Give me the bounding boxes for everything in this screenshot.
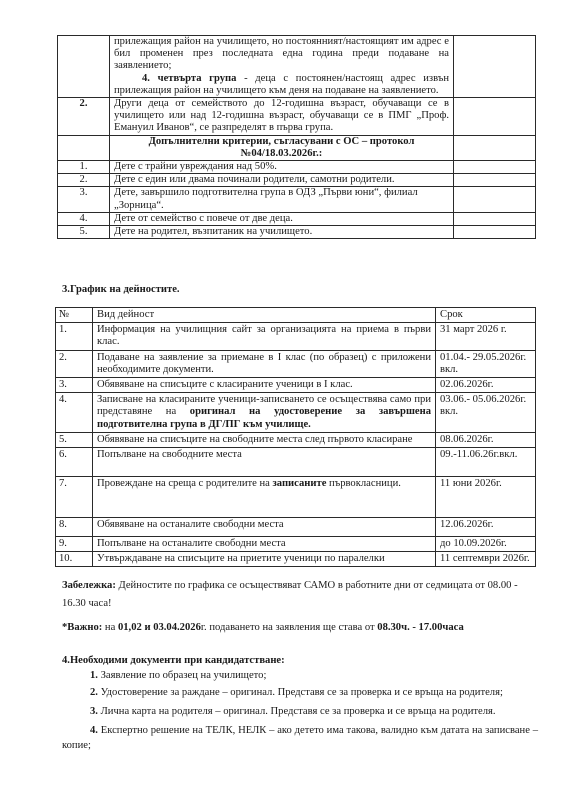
row-activity: Подаване на заявление за приемане в I кл… (93, 350, 436, 377)
row-deadline: 02.06.2026г. (436, 378, 536, 393)
row-deadline: 12.06.2026г. (436, 518, 536, 537)
note-text: Дейностите по графика се осъществяват СА… (62, 580, 518, 609)
activity-bold-text: записаните (273, 478, 327, 489)
row-activity: Информация на училищния сайт за организа… (93, 323, 436, 350)
table-cell (454, 135, 536, 160)
row-number: 2. (58, 174, 110, 187)
table-row: 1. Информация на училищния сайт за орган… (56, 323, 536, 350)
table-cell (58, 135, 110, 160)
row-number: 4. (58, 212, 110, 225)
important-label: *Важно: (62, 622, 102, 633)
table-row: 4. Записване на класираните ученици-запи… (56, 393, 536, 433)
table-cell (454, 98, 536, 136)
table-row: 2. Дете с един или двама починали родите… (58, 174, 536, 187)
row-number: 3. (56, 378, 93, 393)
group4-label: 4. четвърта група (142, 73, 236, 84)
header-number: № (56, 308, 93, 323)
row-deadline: 11 септември 2026г. (436, 552, 536, 567)
schedule-note: Забележка: Дейностите по графика се осъщ… (62, 577, 538, 613)
row-number: 7. (56, 477, 93, 518)
important-time: 08.30ч. - 17.00 (377, 622, 442, 633)
group4-paragraph: 4. четвърта група - деца с постоянен/нас… (114, 73, 449, 97)
row-text: Дете от семейство с повече от две деца. (110, 212, 454, 225)
list-item-text: Заявление по образец на училището; (98, 670, 266, 681)
activity-text: Провеждане на среща с родителите на (97, 478, 273, 489)
table-row: 2. Други деца от семейството до 12-годиш… (58, 98, 536, 136)
important-dates: 01,02 и 03.04.2026 (118, 622, 201, 633)
row-deadline: 03.06.- 05.06.2026г. вкл. (436, 393, 536, 433)
row-activity: Обявяване на останалите свободни места (93, 518, 436, 537)
important-note: *Важно: на 01,02 и 03.04.2026г. подаване… (62, 622, 538, 634)
row-text: Други деца от семейството до 12-годишна … (110, 98, 454, 136)
group3-continuation: прилежащия район на училището, но постоя… (114, 36, 449, 73)
table-row: 3. Дете, завършило подготвителна група в… (58, 187, 536, 212)
row-number: 1. (56, 323, 93, 350)
table-header-row: № Вид дейност Срок (56, 308, 536, 323)
row-activity: Утвърждаване на списъците на приетите уч… (93, 552, 436, 567)
table-row: 4. Дете от семейство с повече от две дец… (58, 212, 536, 225)
list-item-number: 1. (90, 670, 98, 681)
table-cell (454, 226, 536, 239)
table-row: 5. Дете на родител, възпитаник на училищ… (58, 226, 536, 239)
table-row: 2. Подаване на заявление за приемане в I… (56, 350, 536, 377)
section-title-schedule: 3.График на дейностите. (62, 284, 180, 296)
extra-criteria-header: Допълнителни критерии, съгласувани с ОС … (110, 135, 454, 160)
table-row: 5. Обявяване на списъците на свободните … (56, 432, 536, 447)
important-text: на (102, 622, 118, 633)
list-item: 2. Удостоверение за раждане – оригинал. … (62, 685, 538, 700)
important-time-unit: часа (442, 622, 463, 633)
activity-text: първокласници. (326, 478, 400, 489)
table-cell (454, 36, 536, 98)
table-cell (454, 174, 536, 187)
table-row: прилежащия район на училището, но постоя… (58, 36, 536, 98)
table-row: 1. Дете с трайни увреждания над 50%. (58, 161, 536, 174)
table-cell: прилежащия район на училището, но постоя… (110, 36, 454, 98)
row-number: 2. (58, 98, 110, 136)
section-title-documents: 4.Необходими документи при кандидатстван… (62, 655, 285, 667)
row-deadline: 31 март 2026 г. (436, 323, 536, 350)
list-item-number: 2. (90, 687, 98, 698)
row-number: 3. (58, 187, 110, 212)
document-page: прилежащия район на училището, но постоя… (0, 0, 566, 800)
row-activity: Попълване на останалите свободни места (93, 537, 436, 552)
criteria-table: прилежащия район на училището, но постоя… (57, 35, 536, 239)
row-number: 8. (56, 518, 93, 537)
row-activity: Обявяване на списъците на свободните мес… (93, 432, 436, 447)
row-number: 4. (56, 393, 93, 433)
schedule-table: № Вид дейност Срок 1. Информация на учил… (55, 307, 536, 567)
list-item-text: Удостоверение за раждане – оригинал. Пре… (98, 687, 503, 698)
list-item: 4. Експертно решение на ТЕЛК, НЕЛК – ако… (62, 723, 538, 753)
table-cell (58, 36, 110, 98)
table-row: 10. Утвърждаване на списъците на приетит… (56, 552, 536, 567)
row-deadline: 01.04.- 29.05.2026г. вкл. (436, 350, 536, 377)
row-activity: Обявяване на списъците с класираните уче… (93, 378, 436, 393)
row-text: Дете на родител, възпитаник на училището… (110, 226, 454, 239)
row-number: 5. (58, 226, 110, 239)
row-deadline: 09.-11.06.26г.вкл. (436, 448, 536, 477)
list-item-number: 3. (90, 706, 98, 717)
table-row: 9. Попълване на останалите свободни мест… (56, 537, 536, 552)
row-number: 6. (56, 448, 93, 477)
row-activity: Записване на класираните ученици-записва… (93, 393, 436, 433)
table-row: 6. Попълване на свободните места 09.-11.… (56, 448, 536, 477)
row-text: Дете с един или двама починали родители,… (110, 174, 454, 187)
list-item-number: 4. (90, 725, 98, 736)
table-cell (454, 187, 536, 212)
row-deadline: до 10.09.2026г. (436, 537, 536, 552)
list-item: 3. Лична карта на родителя – оригинал. П… (62, 704, 538, 719)
list-item-text: Лична карта на родителя – оригинал. Пред… (98, 706, 496, 717)
documents-list: 1. Заявление по образец на училището; 2.… (62, 668, 538, 753)
row-text: Дете, завършило подготвителна група в ОД… (110, 187, 454, 212)
important-text: г. подаването на заявления ще става от (201, 622, 377, 633)
row-number: 5. (56, 432, 93, 447)
row-number: 10. (56, 552, 93, 567)
header-deadline: Срок (436, 308, 536, 323)
row-number: 1. (58, 161, 110, 174)
row-number: 9. (56, 537, 93, 552)
header-activity: Вид дейност (93, 308, 436, 323)
note-label: Забележка: (62, 580, 116, 591)
table-row: 3. Обявяване на списъците с класираните … (56, 378, 536, 393)
row-activity: Попълване на свободните места (93, 448, 436, 477)
table-row: Допълнителни критерии, съгласувани с ОС … (58, 135, 536, 160)
row-deadline: 11 юни 2026г. (436, 477, 536, 518)
table-row: 7. Провеждане на среща с родителите на з… (56, 477, 536, 518)
list-item-text: Експертно решение на ТЕЛК, НЕЛК – ако де… (62, 725, 538, 751)
row-number: 2. (56, 350, 93, 377)
table-cell (454, 212, 536, 225)
row-deadline: 08.06.2026г. (436, 432, 536, 447)
table-row: 8. Обявяване на останалите свободни мест… (56, 518, 536, 537)
row-text: Дете с трайни увреждания над 50%. (110, 161, 454, 174)
row-activity: Провеждане на среща с родителите на запи… (93, 477, 436, 518)
list-item: 1. Заявление по образец на училището; (62, 668, 538, 683)
table-cell (454, 161, 536, 174)
